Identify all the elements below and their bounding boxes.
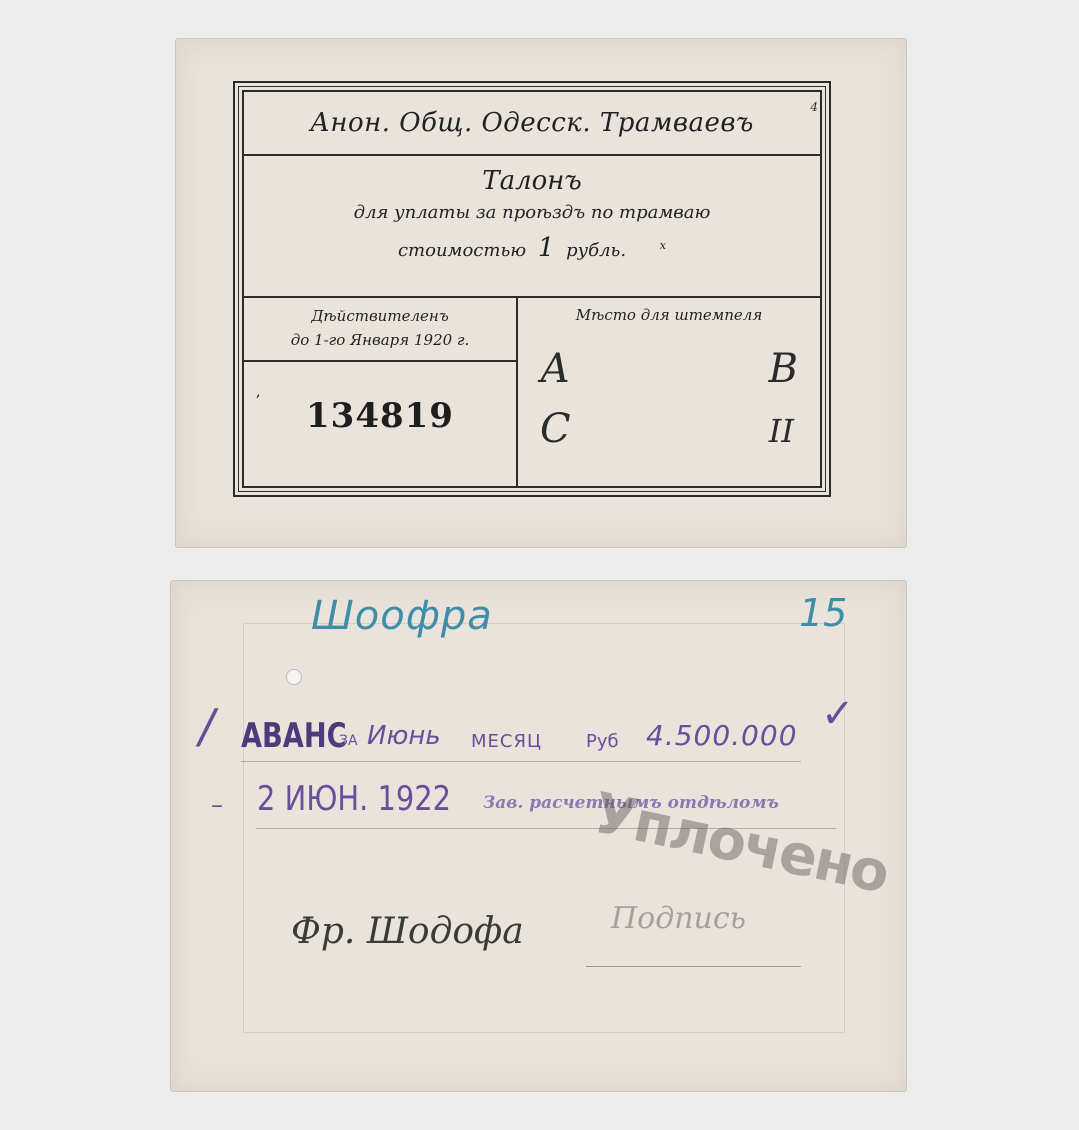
ticket-back: Шоофра 15 / АВАНС ЗА Июнь МЕСЯЦ Руб 4.50… <box>170 580 907 1092</box>
validity-column: Дѣйствителенъ до 1-го Января 1920 г. , 1… <box>244 296 518 486</box>
stamp-month-word: МЕСЯЦ <box>471 731 542 752</box>
signature-line <box>586 966 801 967</box>
ticket-bottom: Дѣйствителенъ до 1-го Января 1920 г. , 1… <box>244 296 820 486</box>
stamp-letter-a: А <box>540 346 570 392</box>
handwritten-number-blue: 15 <box>799 591 847 635</box>
ticket-front: Анон. Общ. Одесск. Трамваевъ 4 Талонъ дл… <box>175 38 907 548</box>
ticket-description: Талонъ для уплаты за проѣздъ по трамваю … <box>244 154 820 298</box>
cost-line: стоимостью 1 рубль. x <box>244 233 820 263</box>
dash-mark: – <box>211 791 223 819</box>
validity-box: Дѣйствителенъ до 1-го Января 1920 г. <box>244 296 516 362</box>
punch-hole <box>286 669 302 685</box>
signature: Фр. Шодофа <box>291 911 524 952</box>
cost-value: 1 <box>532 233 561 263</box>
handwritten-month: Июнь <box>367 721 441 751</box>
cost-prefix: стоимостью <box>398 240 526 261</box>
handwritten-amount: 4.500.000 <box>646 719 798 752</box>
purpose-line: для уплаты за проѣздъ по трамваю <box>244 202 820 223</box>
valid-until: до 1-го Января 1920 г. <box>244 328 516 352</box>
company-name: Анон. Общ. Одесск. Трамваевъ <box>244 92 820 154</box>
ticket-title: Талонъ <box>244 166 820 196</box>
stamp-area: Мѣсто для штемпеля А В С II <box>518 296 820 486</box>
violet-mark: / <box>199 699 215 753</box>
ticket-frame: Анон. Общ. Одесск. Трамваевъ 4 Талонъ дл… <box>233 81 831 497</box>
stamp-letter-ii: II <box>769 412 794 450</box>
stamp-za: ЗА <box>339 733 358 749</box>
date-stamp: 2 ИЮН. 1922 <box>257 779 451 819</box>
serial-number: 134819 <box>244 396 516 436</box>
stamp-line <box>241 761 801 762</box>
stamp-letter-c: С <box>540 406 571 452</box>
stamp-rub: Руб <box>586 731 619 752</box>
stamp-label: Мѣсто для штемпеля <box>518 306 820 324</box>
cost-mark: x <box>632 239 666 252</box>
company-superscript: 4 <box>810 100 818 114</box>
valid-label: Дѣйствителенъ <box>244 304 516 328</box>
stamp-advance: АВАНС <box>241 716 347 756</box>
faint-signature: Подпись <box>611 901 746 936</box>
check-mark: ✓ <box>821 691 855 737</box>
cost-suffix: рубль. <box>566 240 626 261</box>
company-header: Анон. Общ. Одесск. Трамваевъ 4 <box>244 92 820 156</box>
comma-mark: , <box>256 384 260 400</box>
handwritten-name-blue: Шоофра <box>311 593 493 639</box>
stamp-letter-b: В <box>769 346 798 392</box>
